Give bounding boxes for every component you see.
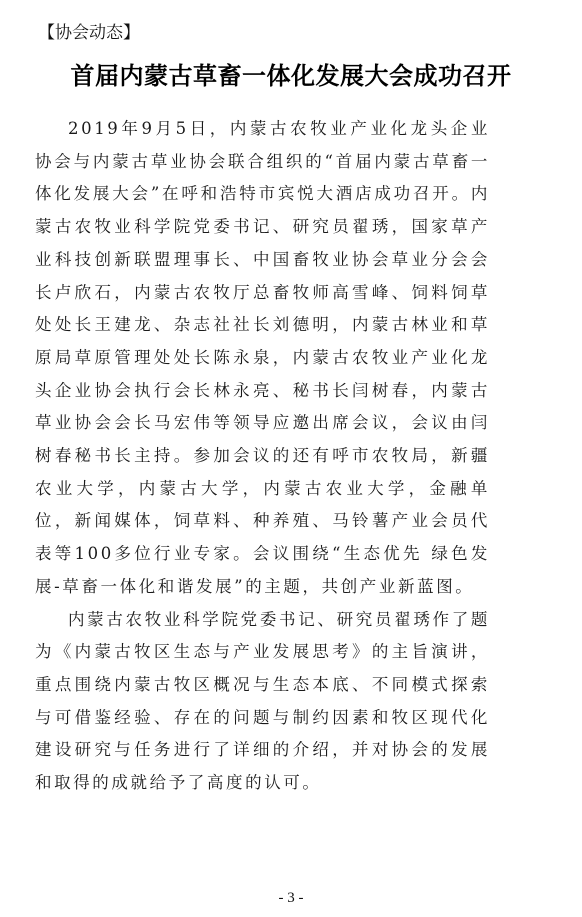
body-paragraph-1: 2019年9月5日，内蒙古农牧业产业化龙头企业协会与内蒙古草业协会联合组织的“首…: [35, 113, 490, 604]
body-paragraph-2: 内蒙古农牧业科学院党委书记、研究员翟琇作了题为《内蒙古牧区生态与产业发展思考》的…: [35, 604, 490, 800]
section-tag: 【协会动态】: [38, 22, 140, 44]
article-title: 首届内蒙古草畜一体化发展大会成功召开: [0, 60, 582, 92]
article-body: 2019年9月5日，内蒙古农牧业产业化龙头企业协会与内蒙古草业协会联合组织的“首…: [35, 113, 490, 800]
page-number: - 3 -: [0, 888, 582, 908]
